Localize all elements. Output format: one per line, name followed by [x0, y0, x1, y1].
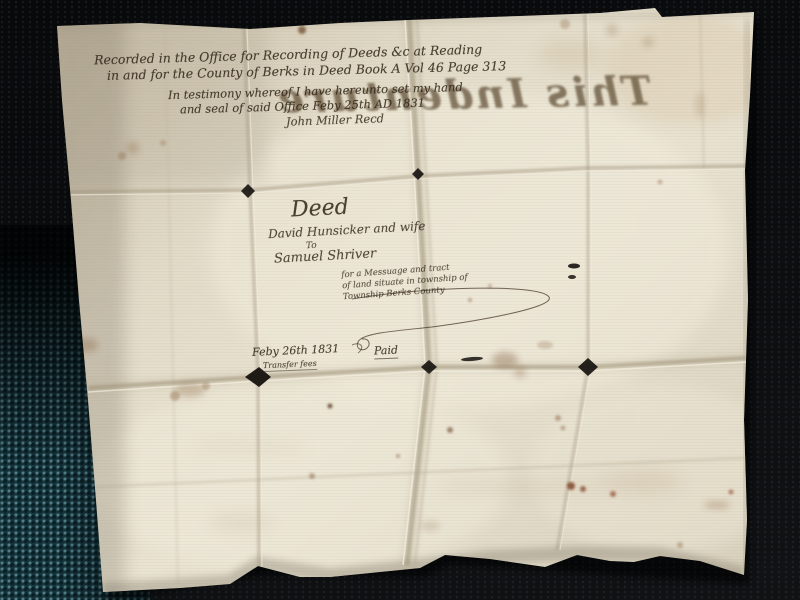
docket-title: Deed [290, 195, 349, 223]
paid-note: Paid [374, 343, 399, 359]
fees-note: Transfer fees [263, 359, 317, 372]
photo-scene: This Indenture Recorded in the Office fo… [0, 0, 800, 600]
